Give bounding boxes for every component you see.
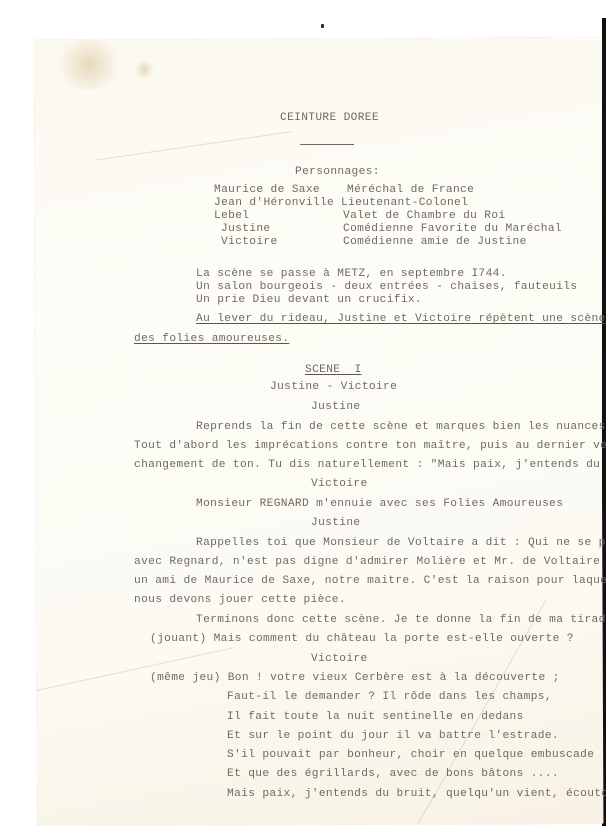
dialogue-line: Il fait toute la nuit sentinelle en deda…	[227, 711, 524, 724]
paper-stain	[54, 40, 124, 90]
dialogue-line: un ami de Maurice de Saxe, notre maitre.…	[134, 575, 606, 588]
dialogue-line: avec Regnard, n'est pas digne d'admirer …	[134, 556, 606, 569]
character-name: Jean d'Héronville	[214, 197, 334, 210]
character-name: Justine	[221, 223, 270, 236]
stage-direction: Au lever du rideau, Justine et Victoire …	[196, 313, 606, 326]
setting-line: La scène se passe à METZ, en septembre I…	[196, 268, 507, 281]
dialogue-line: Et sur le point du jour il va battre l'e…	[227, 730, 559, 743]
dialogue-line: S'il pouvait par bonheur, choir en quelq…	[227, 749, 594, 762]
character-role: Comédienne amie de Justine	[343, 236, 527, 249]
speaker-name: Victoire	[311, 653, 368, 666]
dialogue-line: Reprends la fin de cette scène et marque…	[196, 421, 606, 434]
dialogue-line: Monsieur REGNARD m'ennuie avec ses Folie…	[196, 498, 563, 511]
dialogue-line: Terminons donc cette scène. Je te donne …	[196, 614, 606, 627]
title-rule	[300, 144, 354, 145]
dialogue-line: Tout d'abord les imprécations contre ton…	[134, 440, 606, 453]
speaker-name: Justine	[311, 517, 360, 530]
dialogue-line: nous devons jouer cette pièce.	[134, 594, 346, 607]
dialogue-line: Faut-il le demander ? Il rôde dans les c…	[227, 691, 552, 704]
speaker-name: Justine	[311, 401, 360, 414]
character-role: Comédienne Favorite du Maréchal	[343, 223, 562, 236]
dialogue-line: Rappelles toi que Monsieur de Voltaire a…	[196, 537, 606, 550]
characters-heading: Personnages:	[295, 166, 380, 179]
dialogue-line: (même jeu) Bon ! votre vieux Cerbère est…	[150, 672, 560, 685]
scene-cast: Justine - Victoire	[270, 381, 397, 394]
character-name: Maurice de Saxe	[214, 184, 320, 197]
play-title: CEINTURE DOREE	[280, 112, 379, 125]
speaker-name: Victoire	[311, 478, 368, 491]
character-role: Méréchal de France	[347, 184, 474, 197]
character-role: Lieutenant-Colonel	[341, 197, 468, 210]
dialogue-line: changement de ton. Tu dis naturellement …	[134, 459, 606, 472]
setting-line: Un salon bourgeois - deux entrées - chai…	[196, 281, 577, 294]
character-role: Valet de Chambre du Roi	[343, 210, 505, 223]
dust-speck	[321, 24, 324, 28]
character-name: Lebel	[214, 210, 249, 223]
dialogue-line: Et que des égrillards, avec de bons bâto…	[227, 768, 559, 781]
dialogue-line: (jouant) Mais comment du château la port…	[150, 633, 574, 646]
paper-crease	[94, 131, 292, 161]
paper-stain	[134, 59, 154, 79]
character-name: Victoire	[221, 236, 278, 249]
stage-direction: des folies amoureuses.	[134, 333, 289, 346]
dialogue-line: Mais paix, j'entends du bruit, quelqu'un…	[227, 788, 606, 801]
setting-line: Un prie Dieu devant un crucifix.	[196, 294, 422, 307]
scene-heading: SCENE I	[305, 364, 362, 377]
